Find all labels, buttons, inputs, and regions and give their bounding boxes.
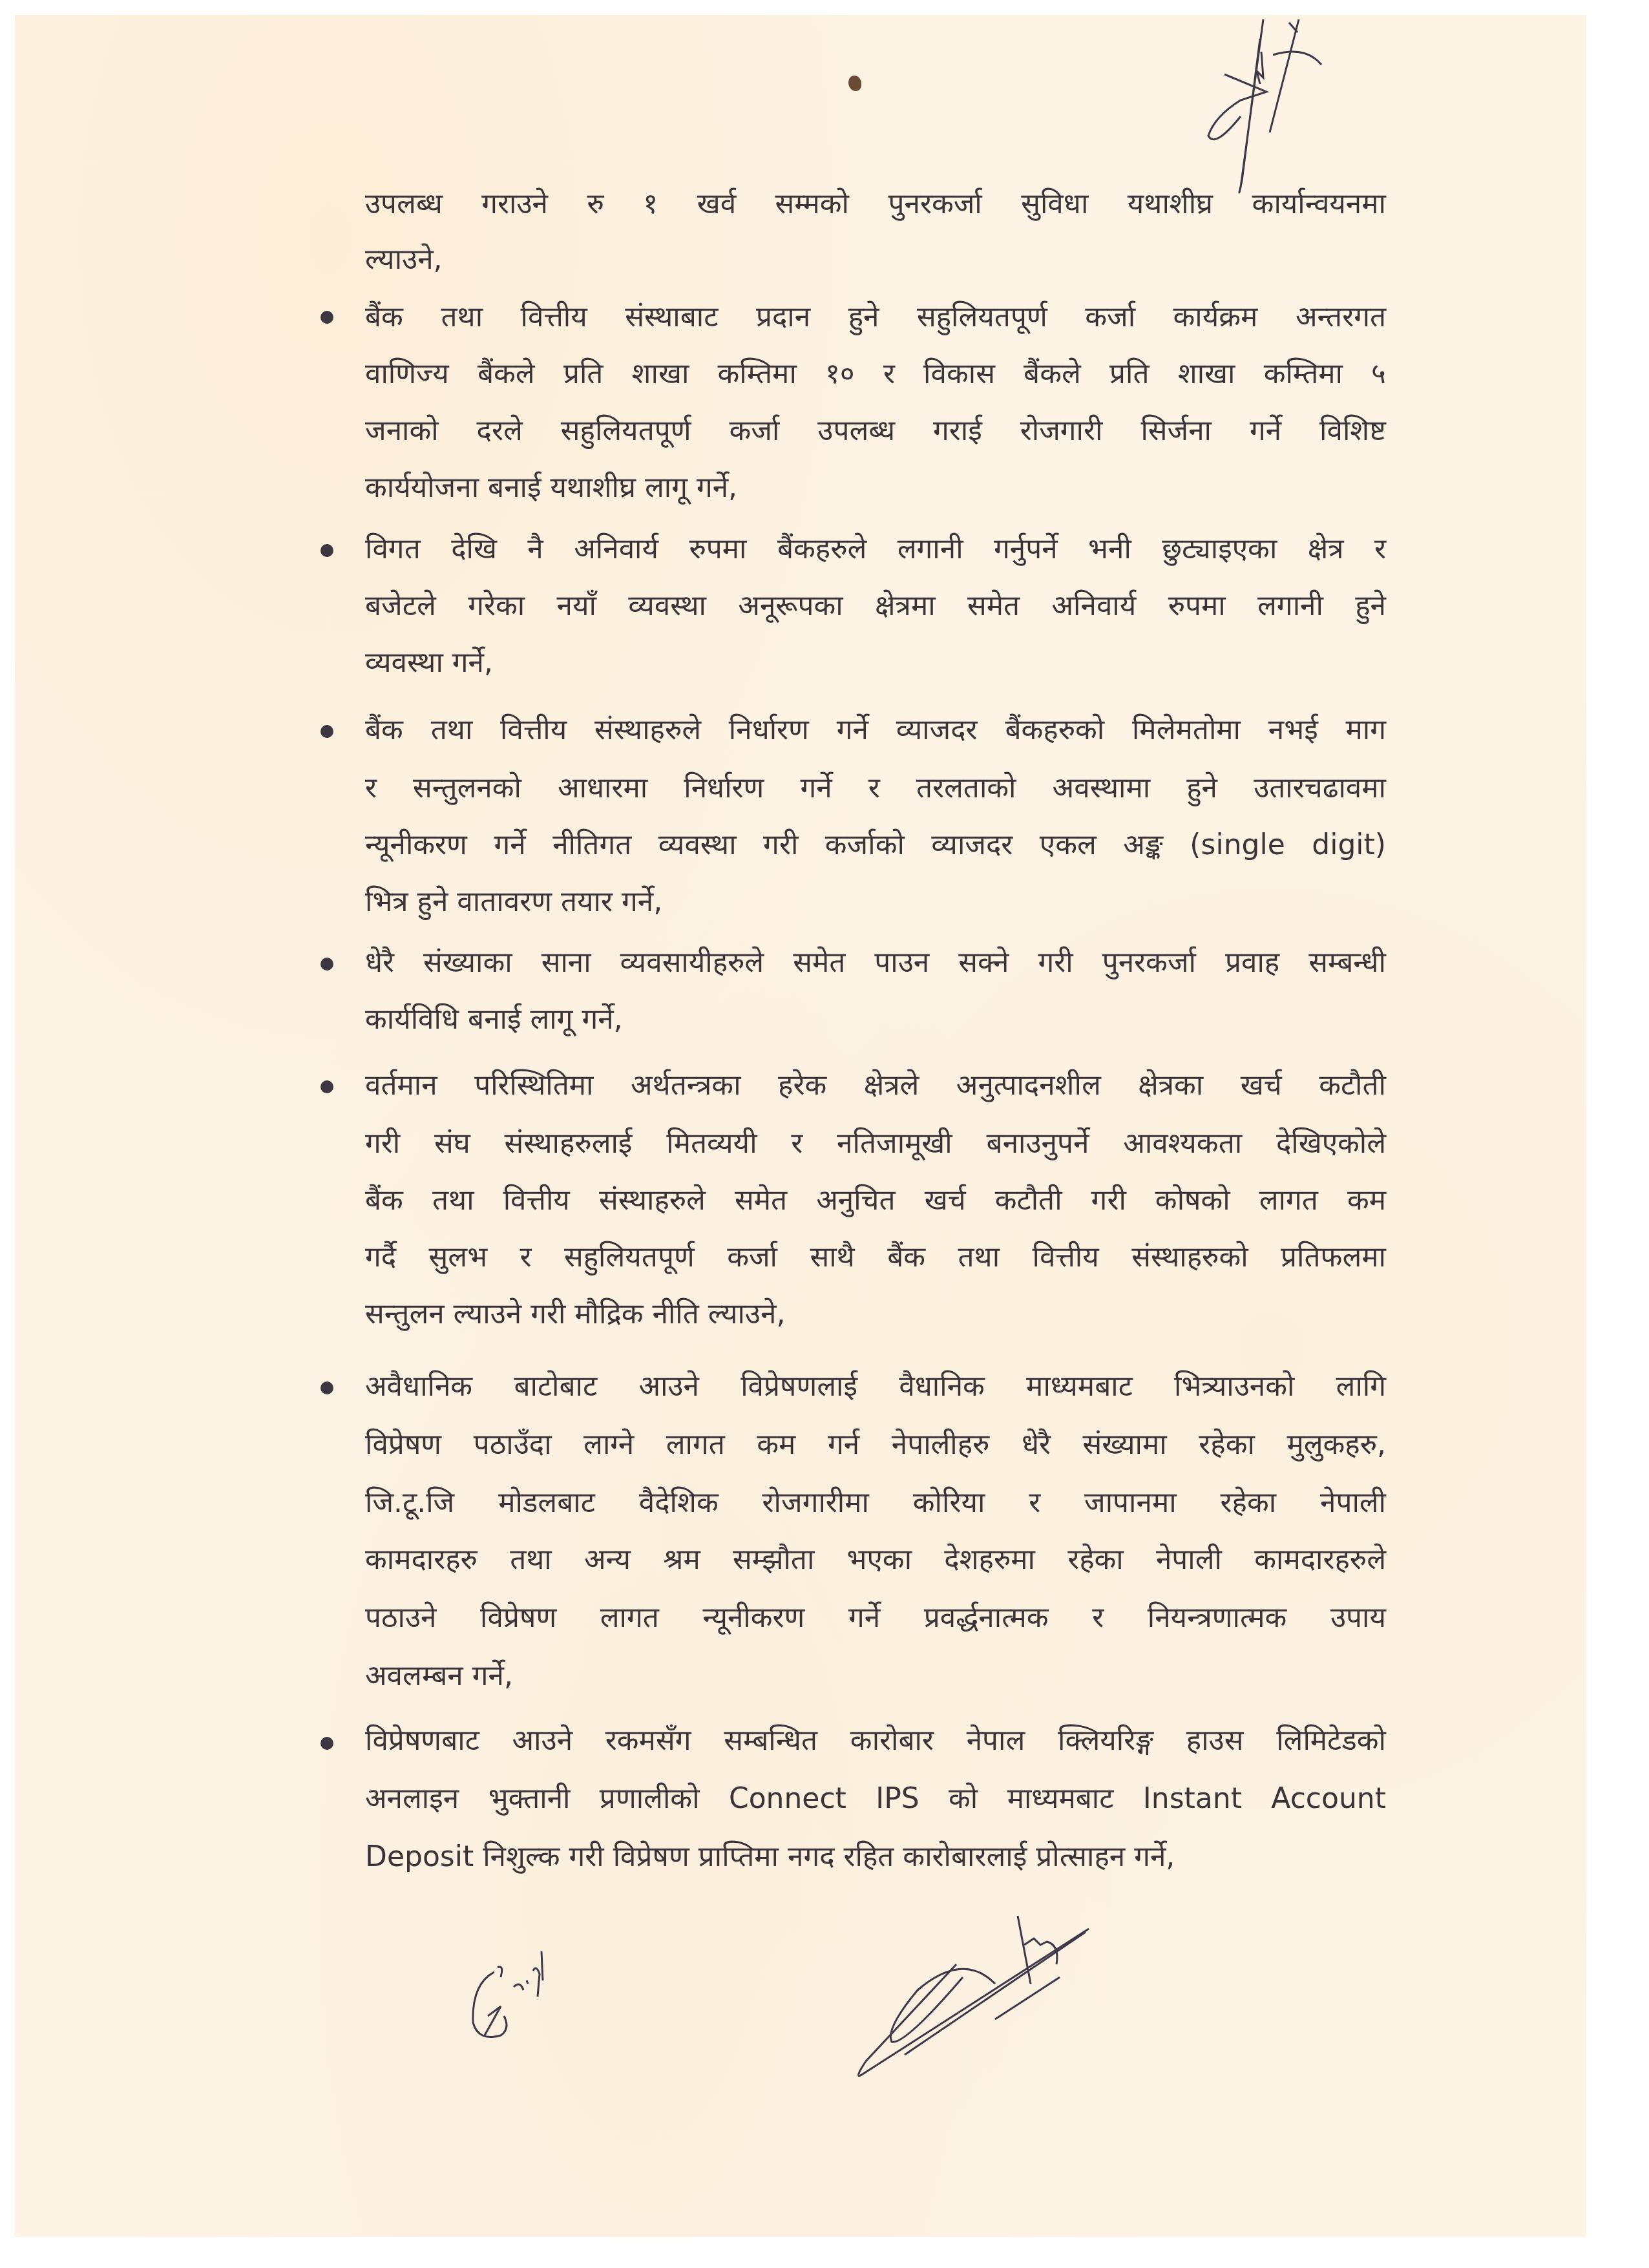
list-item-line: अवलम्बन गर्ने, [365, 1657, 1386, 1696]
bullet-icon [320, 1381, 333, 1394]
list-item-line: Deposit निशुल्क गरी विप्रेषण प्राप्तिमा … [365, 1838, 1386, 1876]
list-item-line: व्यवस्था गर्ने, [365, 644, 1386, 682]
list-item-line: धेरै संख्याका साना व्यवसायीहरुले समेत पा… [365, 943, 1386, 982]
list-item-line: कामदारहरु तथा अन्य श्रम सम्झौता भएका देश… [365, 1540, 1386, 1579]
list-item-line: विगत देखि नै अनिवार्य रुपमा बैंकहरुले लग… [365, 530, 1386, 569]
bullet-icon [320, 544, 333, 557]
list-item-line: जि.टू.जि मोडलबाट वैदेशिक रोजगारीमा कोरिय… [365, 1484, 1386, 1522]
list-item-line: अनलाइन भुक्तानी प्रणालीको Connect IPS को… [365, 1780, 1386, 1818]
list-item-line: गरी संघ संस्थाहरुलाई मितव्ययी र नतिजामूख… [365, 1124, 1386, 1163]
list-item-line: कार्ययोजना बनाई यथाशीघ्र लागू गर्ने, [365, 468, 1386, 507]
initials-scribble-icon [465, 1945, 569, 2048]
list-item-line: अवैधानिक बाटोबाट आउने विप्रेषणलाई वैधानि… [365, 1367, 1386, 1406]
list-item-line: विप्रेषणबाट आउने रकमसँग सम्बन्धित कारोबा… [365, 1721, 1386, 1760]
list-item-line: बैंक तथा वित्तीय संस्थाबाट प्रदान हुने स… [365, 298, 1386, 337]
list-item-line: र सन्तुलनको आधारमा निर्धारण गर्ने र तरलत… [365, 769, 1386, 808]
list-item-line: बैंक तथा वित्तीय संस्थाहरुले निर्धारण गर… [365, 711, 1386, 750]
bullet-icon [320, 1080, 333, 1093]
signature-scribble-icon [1202, 13, 1331, 194]
list-item-line: बैंक तथा वित्तीय संस्थाहरुले समेत अनुचित… [365, 1181, 1386, 1220]
bullet-icon [320, 1737, 333, 1750]
signature-scribble-icon [801, 1906, 1137, 2087]
paragraph-line: ल्याउने, [365, 240, 1386, 279]
list-item-line: पठाउने विप्रेषण लागत न्यूनीकरण गर्ने प्र… [365, 1599, 1386, 1637]
bullet-icon [320, 311, 333, 324]
bullet-icon [320, 958, 333, 971]
list-item-line: कार्यविधि बनाई लागू गर्ने, [365, 1000, 1386, 1039]
list-item-line: भित्र हुने वातावरण तयार गर्ने, [365, 883, 1386, 921]
list-item-line: बजेटले गरेका नयाँ व्यवस्था अनूरूपका क्षे… [365, 587, 1386, 625]
list-item-line: गर्दै सुलभ र सहुलियतपूर्ण कर्जा साथै बैं… [365, 1238, 1386, 1277]
signature-bottom-left [465, 1945, 569, 2052]
list-item-line: विप्रेषण पठाउँदा लाग्ने लागत कम गर्न नेप… [365, 1425, 1386, 1464]
signature-top-right [1202, 13, 1331, 197]
list-item-line: वर्तमान परिस्थितिमा अर्थतन्त्रका हरेक क्… [365, 1066, 1386, 1105]
bullet-icon [320, 725, 333, 738]
signature-bottom-center [801, 1906, 1137, 2090]
list-item-line: सन्तुलन ल्याउने गरी मौद्रिक नीति ल्याउने… [365, 1295, 1386, 1334]
list-item-line: वाणिज्य बैंकले प्रति शाखा कम्तिमा १० र व… [365, 355, 1386, 394]
list-item-line: न्यूनीकरण गर्ने नीतिगत व्यवस्था गरी कर्ज… [365, 826, 1386, 865]
ink-speck [848, 76, 861, 91]
list-item-line: जनाको दरले सहुलियतपूर्ण कर्जा उपलब्ध गरा… [365, 412, 1386, 450]
paragraph-line: उपलब्ध गराउने रु १ खर्व सम्मको पुनरकर्जा… [365, 185, 1386, 224]
